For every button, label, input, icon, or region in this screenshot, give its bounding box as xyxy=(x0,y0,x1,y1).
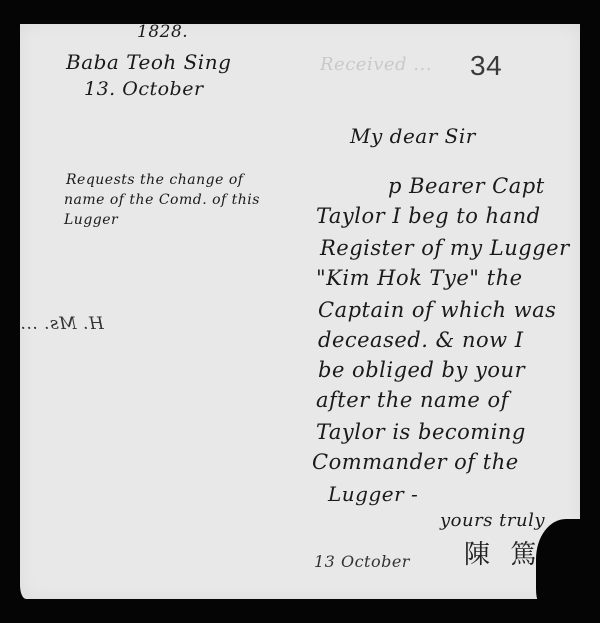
body-line: Taylor I beg to hand xyxy=(316,204,541,228)
body-line: Commander of the xyxy=(312,450,519,474)
body-line: after the name of xyxy=(316,388,509,412)
torn-edge xyxy=(536,519,580,609)
body-line: Captain of which was xyxy=(318,298,556,322)
body-line: "Kim Hok Tye" the xyxy=(316,266,523,290)
letter-page: 1828. Baba Teoh Sing 13. October Receive… xyxy=(20,24,580,599)
footer-date: 13 October xyxy=(314,552,410,571)
body-line: p Bearer Capt xyxy=(388,174,545,198)
body-line: be obliged by your xyxy=(318,358,525,382)
body-line: Register of my Lugger xyxy=(320,236,570,260)
letter-body: p Bearer Capt Taylor I beg to hand Regis… xyxy=(20,24,580,599)
body-line: deceased. & now I xyxy=(318,328,524,352)
body-line: Taylor is becoming xyxy=(316,420,526,444)
closing: yours truly xyxy=(440,510,545,531)
body-line: Lugger - xyxy=(328,482,418,506)
